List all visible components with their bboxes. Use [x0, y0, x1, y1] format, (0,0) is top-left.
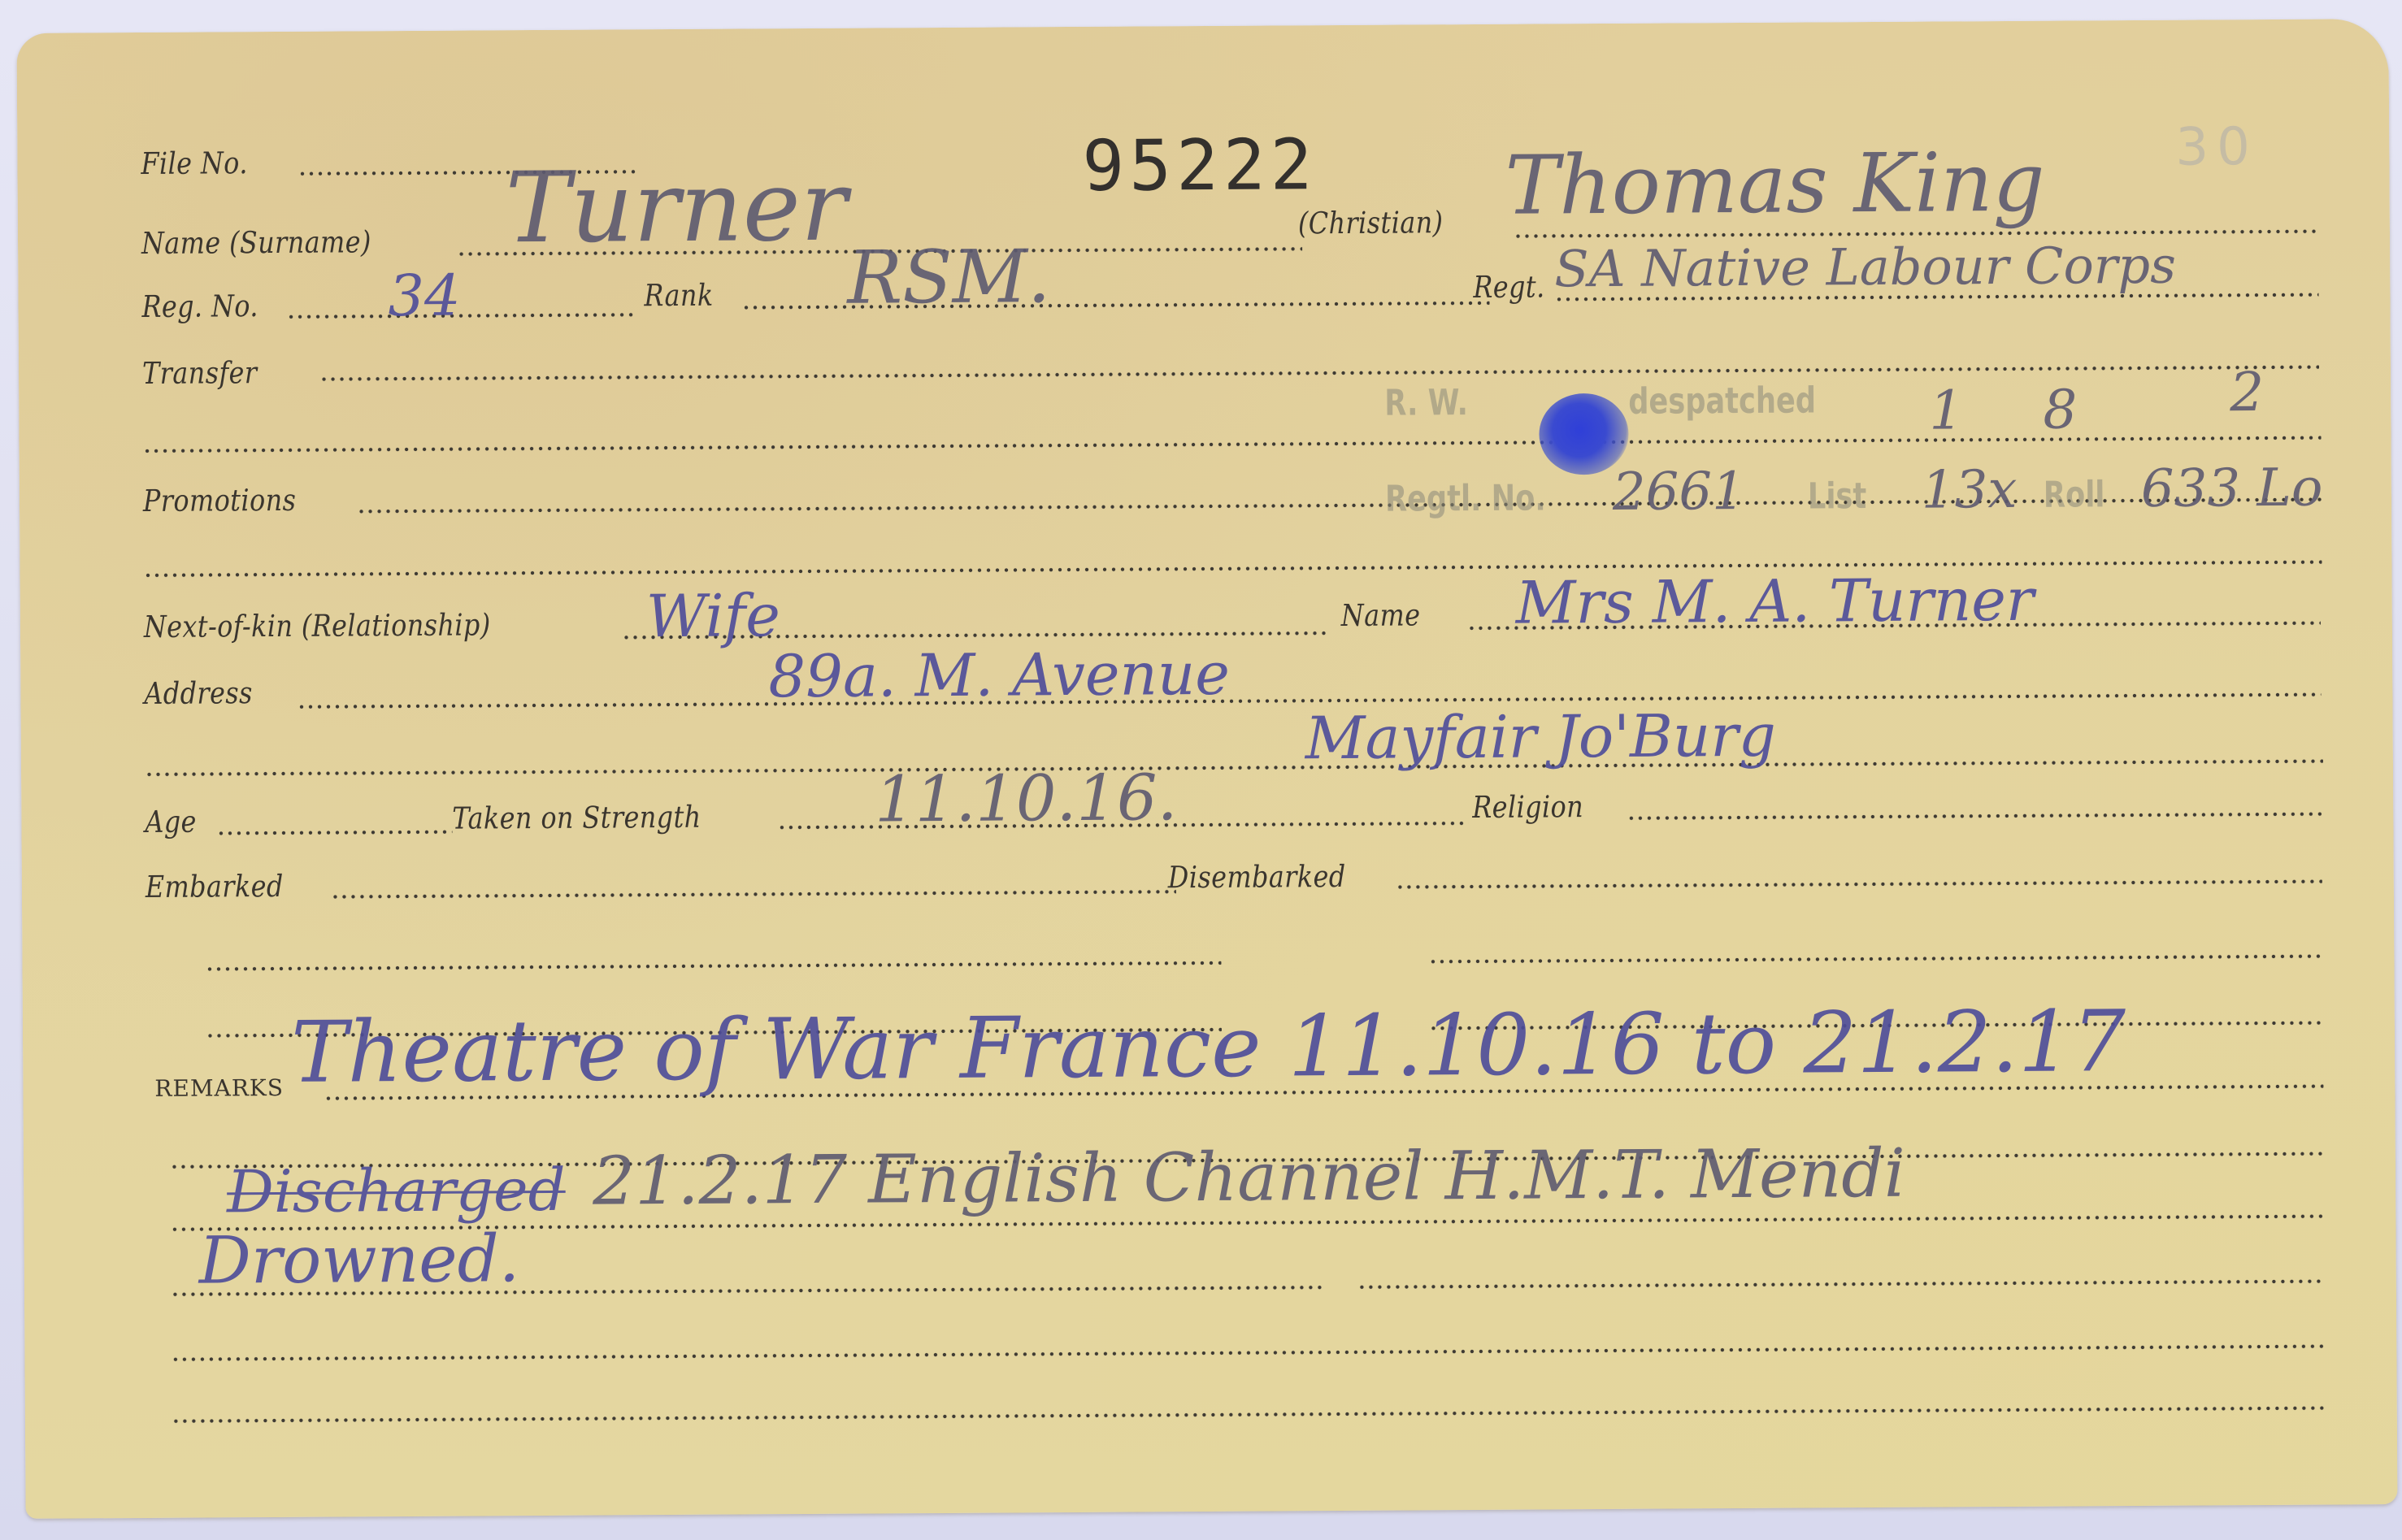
label-remarks: REMARKS [154, 1074, 284, 1102]
label-file-no: File No. [141, 145, 248, 181]
label-next-of-kin: Next-of-kin (Relationship) [144, 607, 491, 644]
service-record-card: 95222 30 File No. Name (Surname) (Christ… [16, 19, 2397, 1519]
value-regiment: SA Native Labour Corps [1554, 236, 2176, 299]
value-christian-name: Thomas King [1505, 135, 2045, 233]
value-surname: Turner [505, 150, 847, 266]
label-religion: Religion [1472, 789, 1583, 825]
remark-discharged-struck: Discharged [227, 1156, 566, 1226]
remark-drowned: Drowned. [198, 1221, 519, 1298]
value-nok-relationship: Wife [646, 581, 781, 650]
value-address-line1: 89a. M. Avenue [768, 640, 1230, 710]
stamp-roll-value: 633 Lo [2141, 458, 2323, 519]
value-rank: RSM. [847, 234, 1051, 321]
label-regt: Regt. [1473, 269, 1544, 305]
dotted-line [172, 1406, 2326, 1424]
dotted-line [205, 961, 1221, 972]
stamp-list-label: List [1808, 475, 1867, 517]
remark-theatre-of-war: Theatre of War France 11.10.16 to 21.2.1… [291, 991, 2126, 1102]
stamp-rw: R. W. [1384, 382, 1468, 424]
dotted-line [1357, 1279, 2325, 1290]
label-name-surname: Name (Surname) [141, 224, 371, 261]
stamp-list-value: 13x [1922, 460, 2018, 521]
stamp-despatched-label: despatched [1628, 380, 1816, 422]
label-taken-on-strength: Taken on Strength [452, 800, 701, 836]
stamp-roll-label: Roll [2044, 474, 2105, 515]
label-disembarked: Disembarked [1168, 859, 1346, 895]
value-nok-name: Mrs M. A. Turner [1516, 566, 2035, 637]
label-nok-name: Name [1341, 597, 1421, 633]
label-embarked: Embarked [146, 869, 284, 904]
label-rank: Rank [644, 278, 713, 314]
dotted-line [319, 365, 2319, 382]
value-address-line2: Mayfair Jo'Burg [1305, 701, 1777, 773]
dotted-line [1396, 879, 2322, 890]
pencil-annotation: 30 [2175, 117, 2258, 178]
label-christian: (Christian) [1298, 205, 1444, 241]
file-number-stamp: 95222 [1082, 124, 1317, 207]
remark-death-details: 21.2.17 English Channel H.M.T. Mendi [593, 1135, 1905, 1221]
label-transfer: Transfer [142, 355, 258, 391]
dotted-line [145, 759, 2323, 777]
value-reg-no: 34 [388, 262, 461, 330]
dotted-line [287, 312, 636, 319]
dotted-line [357, 497, 2324, 514]
dotted-line [1627, 812, 2322, 821]
dotted-line [171, 1344, 2325, 1362]
stamp-regtl-no-value: 2661 [1613, 462, 1745, 523]
dotted-line [1428, 954, 2322, 965]
dotted-line [331, 889, 1176, 899]
stamp-despatched-month: 8 [2043, 378, 2077, 440]
label-address: Address [144, 675, 253, 711]
label-age: Age [145, 805, 197, 839]
dotted-line [143, 436, 2322, 453]
dotted-line [216, 830, 452, 836]
stamp-despatched-day: 1 [1929, 379, 1963, 441]
label-promotions: Promotions [143, 483, 297, 518]
value-taken-on-strength: 11.10.16. [875, 761, 1178, 836]
stamp-regtl-no-label: Regtl. No. [1385, 477, 1546, 519]
label-reg-no: Reg. No. [141, 288, 258, 324]
stamp-despatched-year: 2 [2230, 361, 2264, 423]
